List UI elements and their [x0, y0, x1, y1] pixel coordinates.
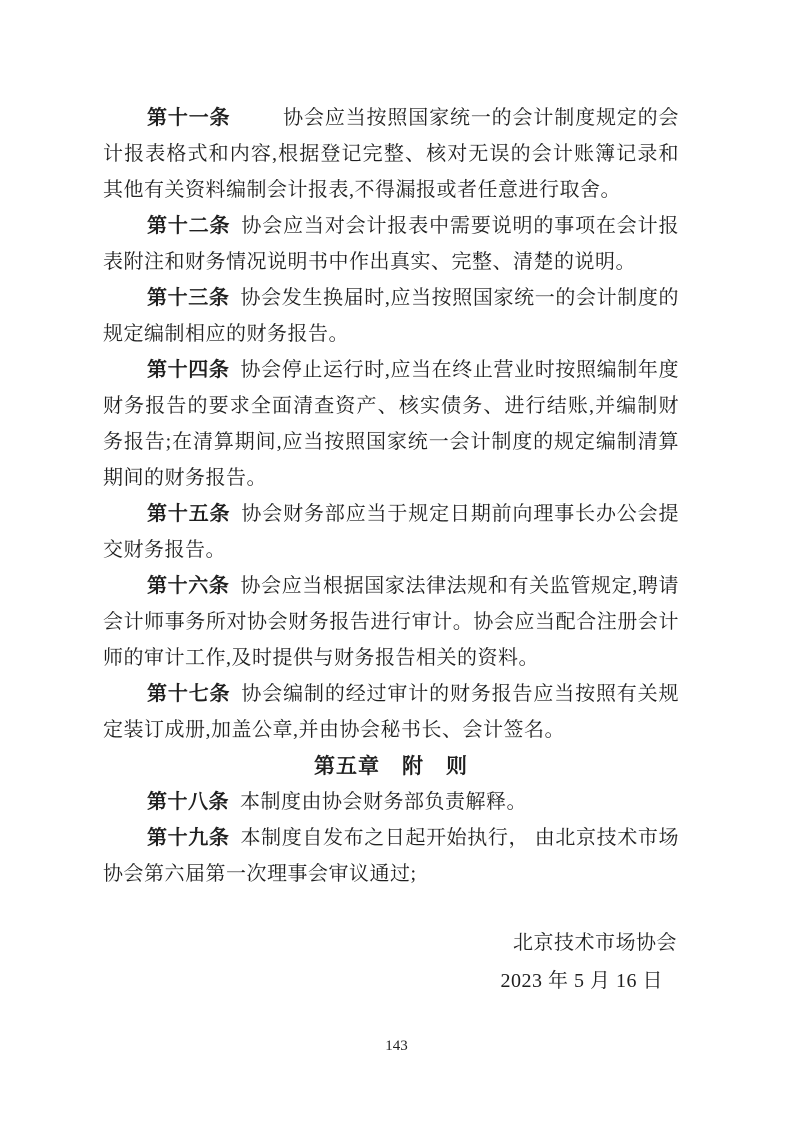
article-17: 第十七条协会编制的经过审计的财务报告应当按照有关规定装订成册,加盖公章,并由协会…: [103, 676, 679, 748]
article-14-label: 第十四条: [147, 359, 229, 381]
document-page: 第十一条 协会应当按照国家统一的会计制度规定的会计报表格式和内容,根据登记完整、…: [0, 0, 793, 1122]
signature-block: 北京技术市场协会 2023 年 5 月 16 日: [103, 924, 679, 1000]
article-12: 第十二条协会应当对会计报表中需要说明的事项在会计报表附注和财务情况说明书中作出真…: [103, 208, 679, 280]
article-13: 第十三条协会发生换届时,应当按照国家统一的会计制度的规定编制相应的财务报告。: [103, 280, 679, 352]
article-12-label: 第十二条: [147, 215, 230, 237]
article-16: 第十六条协会应当根据国家法律法规和有关监管规定,聘请会计师事务所对协会财务报告进…: [103, 568, 679, 676]
article-11-label: 第十一条: [147, 107, 230, 129]
article-19: 第十九条本制度自发布之日起开始执行， 由北京技术市场协会第六届第一次理事会审议通…: [103, 820, 679, 892]
signature-date: 2023 年 5 月 16 日: [103, 962, 679, 1000]
signature-org: 北京技术市场协会: [103, 924, 679, 962]
article-11: 第十一条 协会应当按照国家统一的会计制度规定的会计报表格式和内容,根据登记完整、…: [103, 100, 679, 208]
article-13-label: 第十三条: [147, 287, 229, 309]
article-16-label: 第十六条: [147, 575, 229, 597]
page-number: 143: [0, 1036, 793, 1056]
article-17-label: 第十七条: [147, 683, 230, 705]
article-19-label: 第十九条: [147, 827, 229, 849]
document-body: 第十一条 协会应当按照国家统一的会计制度规定的会计报表格式和内容,根据登记完整、…: [103, 100, 679, 1000]
article-18-text: 本制度由协会财务部负责解释。: [240, 791, 527, 813]
article-18: 第十八条本制度由协会财务部负责解释。: [103, 784, 679, 820]
article-14: 第十四条协会停止运行时,应当在终止营业时按照编制年度财务报告的要求全面清查资产、…: [103, 352, 679, 496]
article-15: 第十五条协会财务部应当于规定日期前向理事长办公会提交财务报告。: [103, 496, 679, 568]
chapter-heading: 第五章 附 则: [103, 748, 679, 784]
article-15-label: 第十五条: [147, 503, 230, 525]
article-18-label: 第十八条: [147, 791, 229, 813]
